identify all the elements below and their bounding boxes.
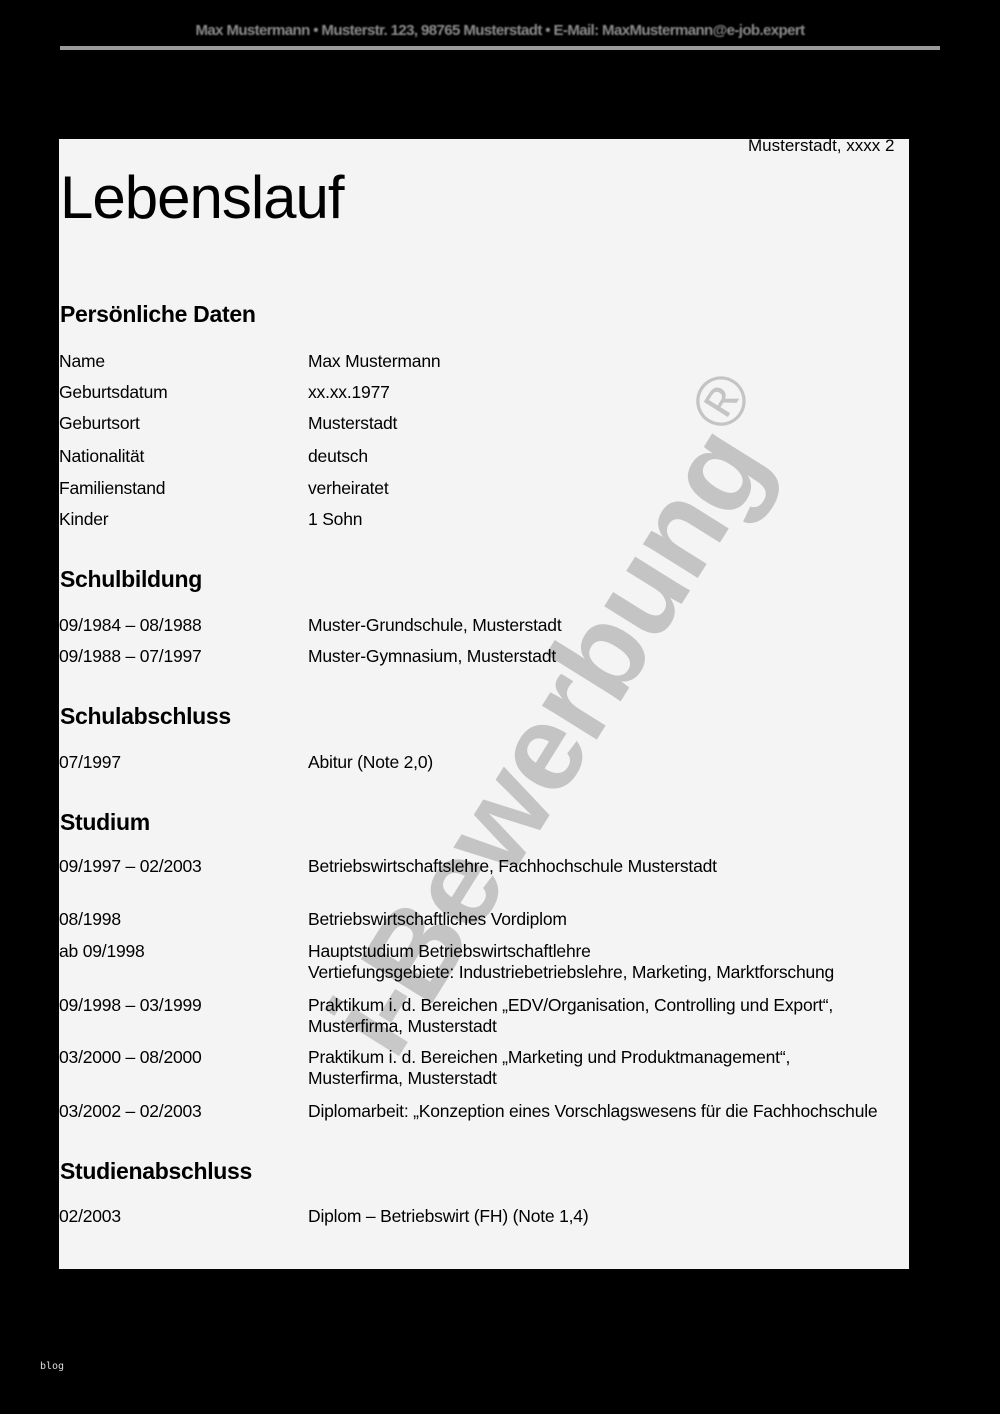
row-value: Praktikum i. d. Bereichen „Marketing und… [308, 1047, 790, 1068]
row-value-line2: Vertiefungsgebiete: Industriebetriebsleh… [308, 962, 834, 983]
row-value: Muster-Grundschule, Musterstadt [308, 615, 561, 636]
section-degree: Studienabschluss [60, 1158, 909, 1185]
row-value: deutsch [308, 446, 368, 467]
section-heading: Studienabschluss [60, 1158, 909, 1185]
contact-header: Max Mustermann • Musterstr. 123, 98765 M… [60, 22, 940, 39]
section-heading: Schulbildung [60, 566, 909, 593]
header-divider [60, 46, 940, 50]
footer-tag: blog [40, 1361, 64, 1372]
row-value: 1 Sohn [308, 509, 362, 530]
row-label: Geburtsdatum [59, 382, 168, 403]
section-studies: Studium [60, 809, 909, 836]
row-value: verheiratet [308, 478, 388, 499]
row-value: Diplomarbeit: „Konzeption eines Vorschla… [308, 1101, 877, 1122]
row-value: Betriebswirtschaftliches Vordiplom [308, 909, 567, 930]
row-label: Kinder [59, 509, 108, 530]
row-value: Muster-Gymnasium, Musterstadt [308, 646, 556, 667]
registered-mark-icon: ® [674, 360, 766, 443]
row-label: 09/1998 – 03/1999 [59, 995, 202, 1016]
section-school-degree: Schulabschluss [60, 703, 909, 730]
section-heading: Studium [60, 809, 909, 836]
row-label: 02/2003 [59, 1206, 121, 1227]
row-label: Geburtsort [59, 413, 140, 434]
row-label: 09/1984 – 08/1988 [59, 615, 202, 636]
section-school: Schulbildung [60, 566, 909, 593]
row-label: 09/1988 – 07/1997 [59, 646, 202, 667]
row-label: 03/2000 – 08/2000 [59, 1047, 202, 1068]
cv-page: i-Bewerbung® Musterstadt, xxxx 2 Lebensl… [59, 139, 909, 1269]
row-value-line2: Musterfirma, Musterstadt [308, 1068, 497, 1089]
section-heading: Persönliche Daten [60, 301, 909, 328]
row-label: Nationalität [59, 446, 144, 467]
row-label: 03/2002 – 02/2003 [59, 1101, 202, 1122]
section-heading: Schulabschluss [60, 703, 909, 730]
row-label: Familienstand [59, 478, 165, 499]
row-value: Hauptstudium Betriebswirtschaftlehre [308, 941, 591, 962]
row-label: 08/1998 [59, 909, 121, 930]
row-label: Name [59, 351, 105, 372]
place-date: Musterstadt, xxxx 2 [748, 139, 894, 156]
row-value: Abitur (Note 2,0) [308, 752, 433, 773]
row-value: Betriebswirtschaftslehre, Fachhochschule… [308, 856, 717, 877]
row-value: xx.xx.1977 [308, 382, 390, 403]
row-value: Diplom – Betriebswirt (FH) (Note 1,4) [308, 1206, 588, 1227]
row-label: 09/1997 – 02/2003 [59, 856, 202, 877]
row-label: 07/1997 [59, 752, 121, 773]
row-value: Musterstadt [308, 413, 397, 434]
row-value-line2: Musterfirma, Musterstadt [308, 1016, 497, 1037]
section-personal: Persönliche Daten [60, 301, 909, 328]
row-label: ab 09/1998 [59, 941, 145, 962]
document-title: Lebenslauf [60, 163, 344, 232]
row-value: Praktikum i. d. Bereichen „EDV/Organisat… [308, 995, 833, 1016]
row-value: Max Mustermann [308, 351, 440, 372]
